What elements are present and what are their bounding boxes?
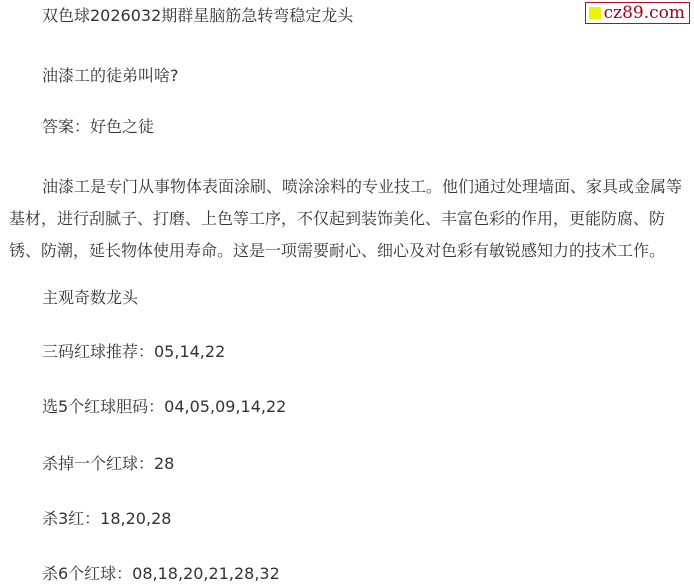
prediction-line: 三码红球推荐：05,14,22 [42,342,225,362]
prediction-line: 选5个红球胆码：04,05,09,14,22 [42,397,286,417]
explanation-paragraph: 油漆工是专门从事物体表面涂刷、喷涂涂料的专业技工。他们通过处理墙面、家具或金属等… [9,171,689,267]
prediction-line: 杀3红：18,20,28 [42,509,171,529]
riddle-answer: 答案：好色之徒 [42,117,154,137]
prediction-line: 杀掉一个红球：28 [42,454,174,474]
riddle-question: 油漆工的徒弟叫啥? [42,66,179,86]
watermark-text: cz89.com [604,3,685,23]
yellow-square-icon [589,7,601,19]
site-watermark: cz89.com [585,2,690,24]
article-title: 双色球2026032期群星脑筋急转弯稳定龙头 [42,6,353,26]
prediction-line: 主观奇数龙头 [42,288,138,308]
prediction-line: 杀6个红球：08,18,20,21,28,32 [42,564,280,584]
